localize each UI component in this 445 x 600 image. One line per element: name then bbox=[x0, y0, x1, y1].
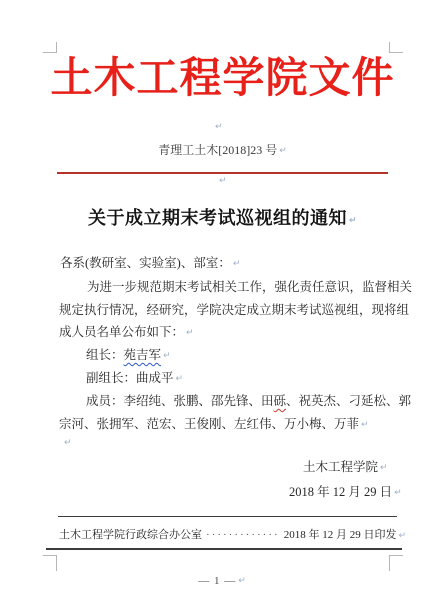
paragraph-mark-icon: ↵ bbox=[215, 122, 223, 132]
paragraph-mark-icon: ↵ bbox=[219, 176, 227, 186]
members-label: 成员： bbox=[86, 394, 124, 408]
deputy-leader-name: 曲成平 bbox=[136, 371, 174, 385]
signature-date-text: 2018 年 12 月 29 日 bbox=[289, 485, 392, 499]
paragraph-mark-icon: ↵ bbox=[361, 420, 369, 430]
paragraph-mark-icon: ↵ bbox=[64, 438, 72, 448]
paragraph-mark-icon: ↵ bbox=[238, 576, 247, 586]
paragraph-line-1: 为进一步规范期末考试相关工作，强化责任意识，监督相关 bbox=[87, 280, 412, 294]
footer-issuer: 土木工程学院行政综合办公室 bbox=[59, 526, 202, 542]
footer-top-rule bbox=[58, 516, 397, 517]
paragraph-mark-icon: ↵ bbox=[349, 216, 357, 226]
members-line-1: 成员：李绍纯、张鹏、邵先锋、田砾、祝英杰、刁延松、郭 bbox=[86, 394, 411, 408]
members-flagged-name: 砾 bbox=[274, 394, 287, 408]
paragraph-mark-icon: ↵ bbox=[279, 146, 287, 156]
text-boundary-mark-bottom-right bbox=[389, 555, 403, 571]
notice-title-text: 关于成立期末考试巡视组的通知 bbox=[88, 208, 347, 228]
salutation-text: 各系(教研室、实验室)、部室： bbox=[60, 256, 231, 270]
page-number: — 1 —↵ bbox=[0, 575, 445, 587]
footer-dot-leader: ············· bbox=[202, 529, 284, 541]
red-separator-line bbox=[57, 172, 388, 174]
leader-label: 组长： bbox=[86, 348, 124, 362]
paragraph-line-3-text: 成人员名单公布如下： bbox=[59, 325, 184, 339]
salutation-line: 各系(教研室、实验室)、部室：↵ bbox=[60, 256, 240, 271]
deputy-leader-label: 副组长： bbox=[86, 371, 136, 385]
leader-line: 组长：苑吉军↵ bbox=[86, 348, 171, 363]
doc-number: 青理工土木[2018]23 号↵ bbox=[0, 141, 445, 158]
leader-name: 苑吉军 bbox=[124, 348, 162, 362]
paragraph-line-2: 规定执行情况，经研究，学院决定成立期末考试巡视组，现将组 bbox=[59, 303, 409, 317]
notice-title: 关于成立期末考试巡视组的通知↵ bbox=[0, 204, 445, 230]
members-names-2: 宗河、张拥军、范宏、王俊刚、左红伟、万小梅、万菲 bbox=[59, 417, 359, 431]
paragraph-mark-icon: ↵ bbox=[186, 328, 194, 338]
text-boundary-mark-top-left bbox=[43, 42, 57, 53]
paragraph-mark-icon: ↵ bbox=[394, 488, 402, 498]
page-number-text: — 1 — bbox=[198, 575, 236, 587]
footer-bottom-rule bbox=[46, 548, 402, 550]
footer-issue-date: 2018 年 12 月 29 日印发 bbox=[284, 526, 397, 542]
org-title: 土木工程学院文件 bbox=[0, 54, 445, 104]
signature-org-text: 土木工程学院 bbox=[303, 460, 378, 474]
paragraph-line-3: 成人员名单公布如下：↵ bbox=[59, 325, 194, 340]
deputy-leader-line: 副组长：曲成平↵ bbox=[86, 371, 183, 386]
footer-row: 土木工程学院行政综合办公室 ············· 2018 年 12 月 … bbox=[59, 526, 406, 542]
members-line-2: 宗河、张拥军、范宏、王俊刚、左红伟、万小梅、万菲↵ bbox=[59, 417, 369, 432]
doc-number-text: 青理工土木[2018]23 号 bbox=[158, 143, 277, 157]
members-names-1b: 、祝英杰、刁延松、郭 bbox=[286, 394, 411, 408]
text-boundary-mark-bottom-left bbox=[43, 555, 57, 571]
signature-date: 2018 年 12 月 29 日↵ bbox=[289, 485, 402, 500]
paragraph-mark-icon: ↵ bbox=[176, 374, 184, 384]
paragraph-mark-icon: ↵ bbox=[380, 463, 388, 473]
text-boundary-mark-top-right bbox=[389, 42, 403, 53]
signature-org: 土木工程学院↵ bbox=[303, 460, 388, 475]
paragraph-mark-icon: ↵ bbox=[398, 531, 406, 541]
members-names-1a: 李绍纯、张鹏、邵先锋、田 bbox=[124, 394, 274, 408]
paragraph-mark-icon: ↵ bbox=[163, 351, 171, 361]
document-page: 土木工程学院文件 ↵ 青理工土木[2018]23 号↵ ↵ 关于成立期末考试巡视… bbox=[0, 0, 445, 600]
paragraph-mark-icon: ↵ bbox=[233, 259, 241, 269]
